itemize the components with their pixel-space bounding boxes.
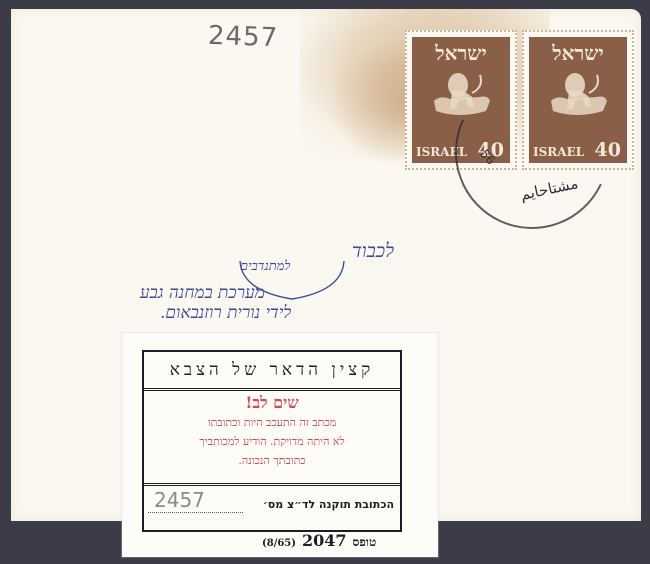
label-frame: קצין הדאר של הצבא שים לב! מכתב זה התעכב …	[142, 350, 402, 532]
stamp-country-hebrew: ישראל	[529, 41, 627, 66]
attention-heading: שים לב!	[144, 393, 400, 413]
label-warning: שים לב! מכתב זה התעכב היות וכתובתו לא הי…	[144, 393, 400, 486]
address-insert: למתנדבים	[240, 258, 290, 274]
form-footer: טופס 2047 (8/65)	[262, 531, 376, 550]
address-line-4: לידי נורית רוזנבאום.	[160, 303, 291, 323]
warning-line: מכתב זה התעכב היות וכתובתו	[144, 413, 400, 432]
correction-dotted-line	[148, 512, 243, 513]
address-line-3: מערכת במחנה גבע	[140, 283, 265, 303]
military-post-label: קצין הדאר של הצבא שים לב! מכתב זה התעכב …	[122, 333, 438, 557]
form-number: 2047	[302, 531, 347, 550]
correction-value: 2457	[154, 488, 205, 512]
address-line-1: לכבוד	[352, 240, 394, 263]
warning-line: לא היתה מדויקת. הודיע למכותביך	[144, 432, 400, 451]
stamp-country-hebrew: ישראל	[412, 41, 510, 66]
pencil-reference-number: 2457	[207, 21, 278, 53]
form-word: טופס	[353, 535, 377, 550]
correction-row: הכתובת תוקנה לד״צ מס׳ 2457	[144, 486, 400, 526]
warning-line: כתובתך הנכונה.	[144, 451, 400, 470]
label-title: קצין הדאר של הצבא	[144, 352, 400, 391]
correction-label: הכתובת תוקנה לד״צ מס׳	[263, 498, 394, 511]
form-edition: (8/65)	[262, 538, 296, 549]
